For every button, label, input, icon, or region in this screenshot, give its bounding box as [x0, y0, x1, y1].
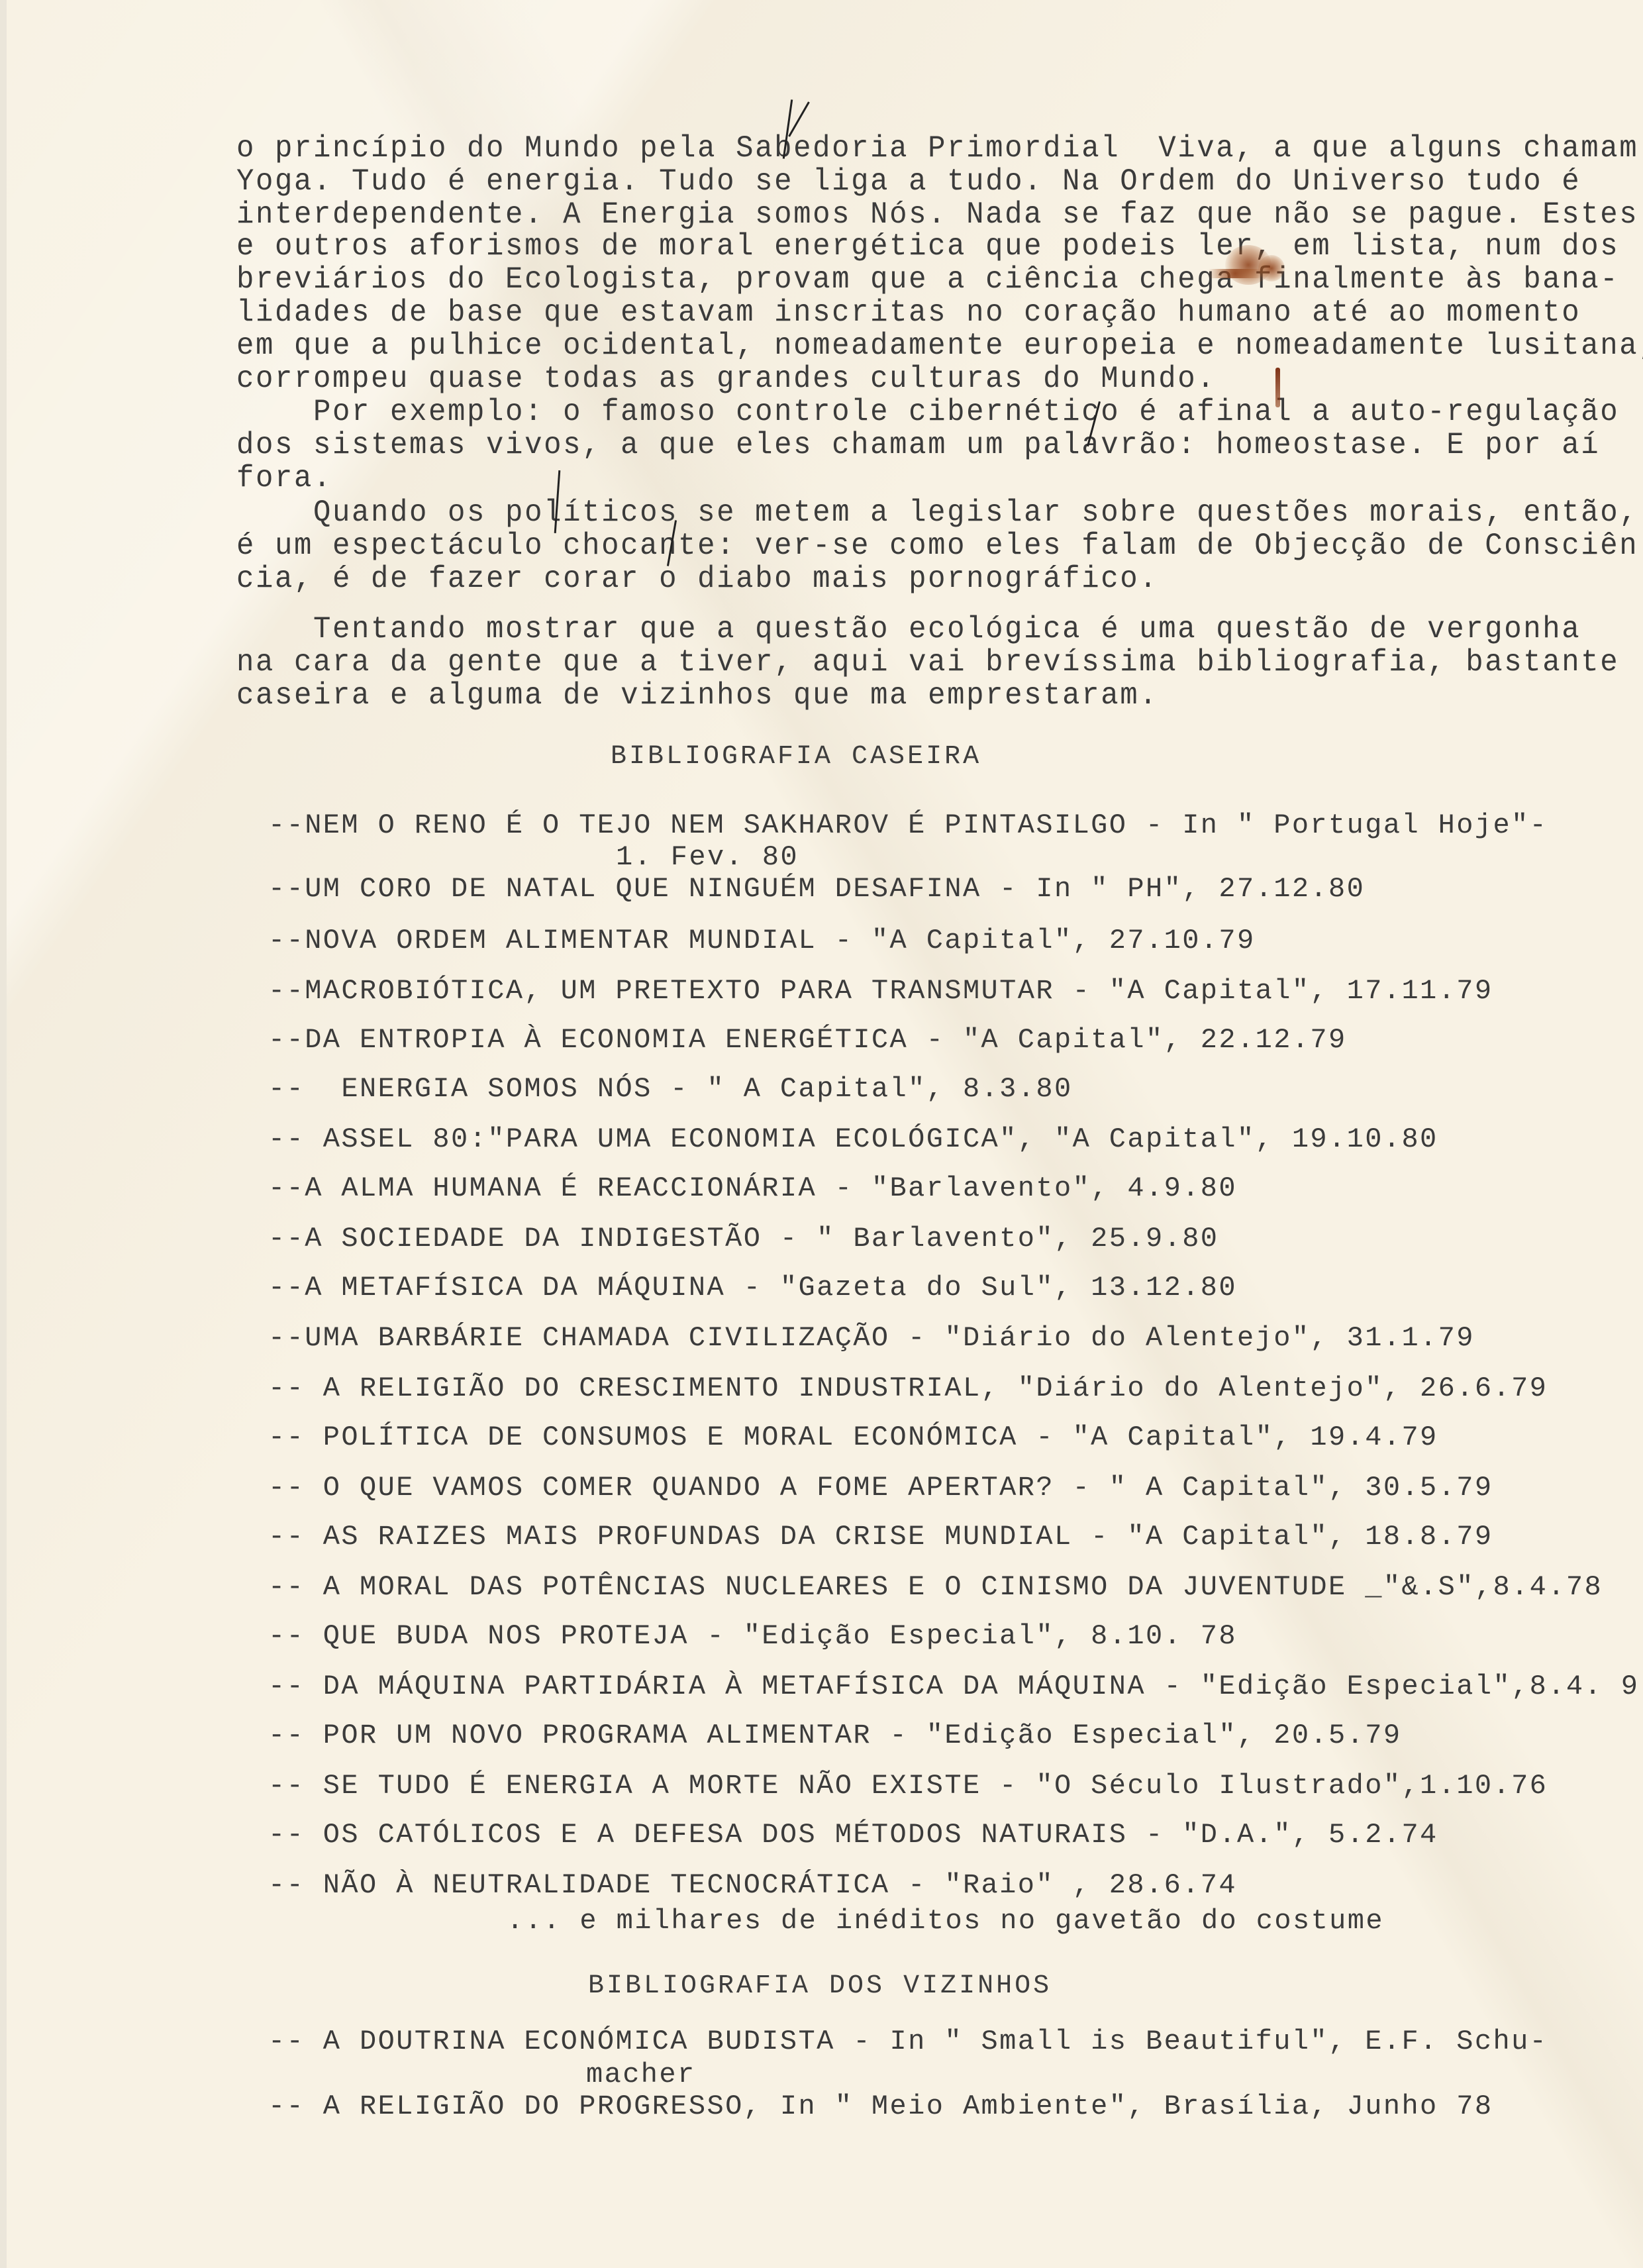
list-item: -- A RELIGIÃO DO CRESCIMENTO INDUSTRIAL,…: [268, 1372, 1548, 1404]
list-footer: ... e milhares de inéditos no gavetão do…: [507, 1905, 1384, 1937]
text-line: Por exemplo: o famoso controle cibernéti…: [236, 395, 1619, 430]
text-line: dos sistemas vivos, a que eles chamam um…: [236, 428, 1600, 463]
list-item: -- AS RAIZES MAIS PROFUNDAS DA CRISE MUN…: [268, 1521, 1493, 1553]
list-item: -- QUE BUDA NOS PROTEJA - "Edição Especi…: [268, 1620, 1237, 1652]
list-item: --A SOCIEDADE DA INDIGESTÃO - " Barlaven…: [268, 1223, 1219, 1255]
text-line: na cara da gente que a tiver, aqui vai b…: [236, 645, 1619, 680]
text-line: breviários do Ecologista, provam que a c…: [236, 262, 1619, 297]
heading-bibliografia-vizinhos: BIBLIOGRAFIA DOS VIZINHOS: [588, 1971, 1052, 2001]
list-item: -- OS CATÓLICOS E A DEFESA DOS MÉTODOS N…: [268, 1819, 1438, 1851]
list-item: -- A RELIGIÃO DO PROGRESSO, In " Meio Am…: [268, 2090, 1493, 2122]
text-line: o princípio do Mundo pela Sabedoria Prim…: [236, 131, 1638, 166]
list-item: -- NÃO À NEUTRALIDADE TECNOCRÁTICA - "Ra…: [268, 1869, 1237, 1901]
list-item: -- DA MÁQUINA PARTIDÁRIA À METAFÍSICA DA…: [268, 1671, 1639, 1702]
text-line: cia, é de fazer corar o diabo mais porno…: [236, 562, 1158, 597]
list-item: --MACROBIÓTICA, UM PRETEXTO PARA TRANSMU…: [268, 975, 1493, 1007]
list-item: --NEM O RENO É O TEJO NEM SAKHAROV É PIN…: [268, 809, 1548, 841]
list-item: --A METAFÍSICA DA MÁQUINA - "Gazeta do S…: [268, 1272, 1237, 1304]
text-line: corrompeu quase todas as grandes cultura…: [236, 362, 1216, 397]
text-line: caseira e alguma de vizinhos que ma empr…: [236, 678, 1158, 713]
text-line: em que a pulhice ocidental, nomeadamente…: [236, 329, 1643, 364]
text-line: interdependente. A Energia somos Nós. Na…: [236, 197, 1638, 232]
list-item-continuation: 1. Fev. 80: [616, 841, 799, 873]
list-item: -- ENERGIA SOMOS NÓS - " A Capital", 8.3…: [268, 1073, 1073, 1105]
list-item: -- SE TUDO É ENERGIA A MORTE NÃO EXISTE …: [268, 1770, 1548, 1802]
heading-bibliografia-caseira: BIBLIOGRAFIA CASEIRA: [611, 742, 981, 772]
list-item: -- POR UM NOVO PROGRAMA ALIMENTAR - "Edi…: [268, 1720, 1401, 1751]
typewritten-page: o princípio do Mundo pela Sabedoria Prim…: [0, 0, 1643, 2268]
rust-stain: [1202, 269, 1268, 278]
list-item: --A ALMA HUMANA É REACCIONÁRIA - "Barlav…: [268, 1172, 1237, 1204]
list-item: -- O QUE VAMOS COMER QUANDO A FOME APERT…: [268, 1472, 1493, 1504]
list-item: -- A MORAL DAS POTÊNCIAS NUCLEARES E O C…: [268, 1571, 1603, 1603]
text-line: fora.: [236, 461, 332, 496]
text-line: Yoga. Tudo é energia. Tudo se liga a tud…: [236, 164, 1581, 199]
list-item-continuation: macher: [586, 2059, 696, 2090]
text-line: Tentando mostrar que a questão ecológica…: [236, 612, 1581, 647]
list-item: -- POLÍTICA DE CONSUMOS E MORAL ECONÓMIC…: [268, 1421, 1438, 1453]
text-line: é um espectáculo chocante: ver-se como e…: [236, 529, 1643, 564]
list-item: -- A DOUTRINA ECONÓMICA BUDISTA - In " S…: [268, 2026, 1548, 2057]
list-item: --NOVA ORDEM ALIMENTAR MUNDIAL - "A Capi…: [268, 925, 1256, 956]
list-item: -- ASSEL 80:"PARA UMA ECONOMIA ECOLÓGICA…: [268, 1123, 1438, 1155]
list-item: --DA ENTROPIA À ECONOMIA ENERGÉTICA - "A…: [268, 1024, 1347, 1056]
list-item: --UMA BARBÁRIE CHAMADA CIVILIZAÇÃO - "Di…: [268, 1322, 1475, 1354]
rust-streak: [1275, 368, 1280, 407]
text-line: e outros aforismos de moral energética q…: [236, 229, 1619, 264]
text-line: lidades de base que estavam inscritas no…: [236, 295, 1581, 331]
list-item: --UM CORO DE NATAL QUE NINGUÉM DESAFINA …: [268, 873, 1365, 905]
text-line: Quando os políticos se metem a legislar …: [236, 495, 1638, 531]
